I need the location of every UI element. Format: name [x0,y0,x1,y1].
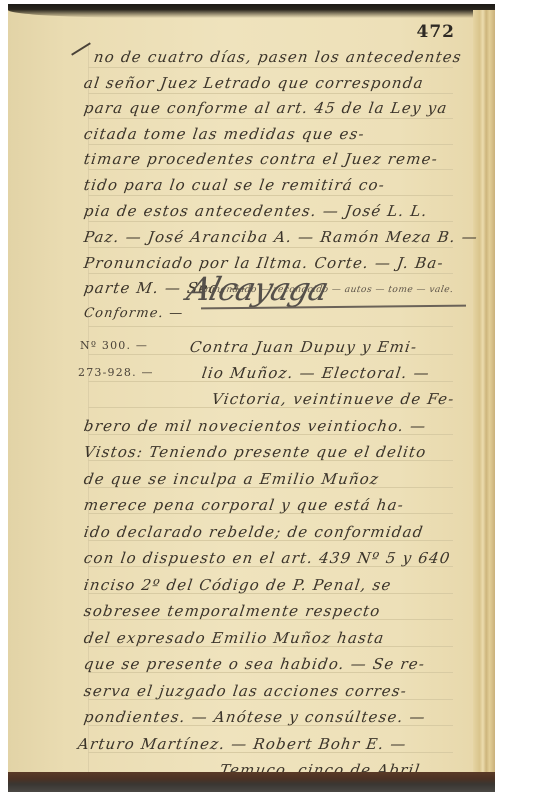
entry2-line: sobresee temporalmente respecto [83,602,382,620]
entry2-line: serva el juzgado las acciones corres- [83,682,409,700]
entry1-line: Paz. — José Aranciba A. — Ramón Meza B. … [83,228,480,246]
entry2-line: Vistos: Teniendo presente que el delito [83,443,428,461]
entry1-line: no de cuatro días, pasen los antecedente… [93,48,463,66]
entry2-line: merece pena corporal y que está ha- [83,496,406,514]
page-number: 472 [417,22,456,42]
entry2-line: ido declarado rebelde; de conformidad [83,523,425,541]
entry2-line: Arturo Martínez. — Robert Bohr E. — [77,735,408,753]
entry2-line: con lo dispuesto en el art. 439 Nº 5 y 6… [83,549,452,567]
ruled-line [88,93,453,94]
entry2-line: del expresado Emilio Muñoz hasta [83,629,386,647]
signature: Alcayaga [183,270,332,308]
ruled-line [88,169,453,170]
entry2-line: que se presente o sea habido. — Se re- [83,655,427,673]
ruled-line [88,221,453,222]
ruled-line [88,67,453,68]
ruled-line [88,247,453,248]
case-number: Nº 300. — [80,339,148,352]
ruled-line [88,118,453,119]
entry1-line: al señor Juez Letrado que corresponda [83,74,425,92]
page-top-edge-shadow [8,4,495,18]
entry2-line: inciso 2º del Código de P. Penal, se [83,576,393,594]
entry2-line: Contra Juan Dupuy y Emi- [189,338,419,356]
ruled-line [88,326,453,327]
conforme-label: Conforme. — [83,306,185,321]
entry2-line: lio Muñoz. — Electoral. — [201,364,431,382]
entry1-line: para que conforme al art. 45 de la Ley y… [83,99,449,117]
book-cover-edge [8,772,495,792]
page-stack-edge [473,10,495,780]
entry2-line: brero de mil novecientos veintiocho. — [83,417,428,435]
entry1-line: timare procedentes contra el Juez reme- [83,150,440,168]
entry1-line: tido para lo cual se le remitirá co- [83,176,387,194]
entry2-line: de que se inculpa a Emilio Muñoz [83,470,381,488]
ledger-page: 472 no de cuatro días, pasen los anteced… [8,4,495,792]
entry1-line: pia de estos antecedentes. — José L. L. [83,202,429,220]
ruled-line [88,144,453,145]
case-rol: 273-928. — [78,366,154,379]
entry2-line: pondientes. — Anótese y consúltese. — [83,708,427,726]
entry1-line: citada tome las medidas que es- [83,125,366,143]
ruled-line [88,195,453,196]
entry2-line: Victoria, veintinueve de Fe- [211,390,456,408]
